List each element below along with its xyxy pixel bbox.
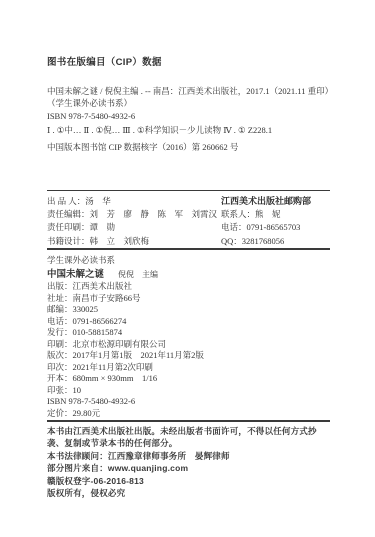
editors-label: 责任编辑： (47, 209, 90, 219)
producer-row: 出 品 人：汤 华 (47, 195, 221, 208)
cip-record-number-line: 中国版本图书馆 CIP 数据核字（2016）第 260662 号 (47, 141, 330, 153)
producer-label: 出 品 人： (47, 196, 85, 206)
designers-label: 书籍设计： (47, 236, 90, 246)
isbn-row: ISBN 978-7-5480-4932-6 (47, 396, 330, 408)
sheets-row: 印张：10 (47, 385, 330, 397)
cip-title-line: 中国未解之谜 / 倪倪主编 . -- 南昌：江西美术出版社，2017.1（202… (47, 85, 330, 97)
cip-series-line: （学生课外必读书系） (47, 97, 330, 109)
divider-rule-bottom (47, 420, 330, 422)
legal-notice-block: 本书由江西美术出版社出版。未经出版者书面许可，不得以任何方式抄袭、复制或节录本书… (47, 425, 330, 499)
contact-person-row: 联系人：熊 妮 (221, 208, 330, 221)
format-row: 开本：680mm × 930mm 1/16 (47, 373, 330, 385)
address-row: 社址：南昌市子安路66号 (47, 293, 330, 305)
image-credit-line: 部分图片来自：www.quanjing.com (47, 462, 330, 474)
editors-row: 责任编辑：刘 芳 廖 静 陈 军 刘霄汉 (47, 208, 221, 221)
staff-contact-block: 出 品 人：汤 华 责任编辑：刘 芳 廖 静 陈 军 刘霄汉 责任印刷：谭 勋 … (47, 195, 330, 248)
edition-row: 版次：2017年1月第1版 2021年11月第2版 (47, 350, 330, 362)
staff-column: 出 品 人：汤 华 责任编辑：刘 芳 廖 静 陈 军 刘霄汉 责任印刷：谭 勋 … (47, 195, 221, 248)
phone-row: 电话：0791-86566274 (47, 316, 330, 328)
book-copyright-page: 图书在版编目（CIP）数据 中国未解之谜 / 倪倪主编 . -- 南昌：江西美术… (0, 0, 375, 537)
postcode-row: 邮编：330025 (47, 304, 330, 316)
mail-order-dept-name: 江西美术出版社邮购部 (221, 195, 330, 208)
cip-data-block: 图书在版编目（CIP）数据 中国未解之谜 / 倪倪主编 . -- 南昌：江西美术… (47, 57, 330, 153)
series-name: 学生课外必读书系 (47, 254, 330, 266)
impression-row: 印次：2021年11月第2次印刷 (47, 362, 330, 374)
print-supervisor-label: 责任印刷： (47, 222, 90, 232)
publication-info-block: 学生课外必读书系 中国未解之谜倪倪 主编 出版：江西美术出版社 社址：南昌市子安… (47, 254, 330, 419)
copyright-permission-notice: 本书由江西美术出版社出版。未经出版者书面许可，不得以任何方式抄袭、复制或节录本书… (47, 425, 330, 450)
dept-phone-row: 电话：0791-86565703 (221, 221, 330, 234)
registration-number-line: 赣版权登字-06-2016-813 (47, 475, 330, 487)
divider-rule-middle (47, 248, 330, 250)
publisher-row: 出版：江西美术出版社 (47, 281, 330, 293)
cip-heading: 图书在版编目（CIP）数据 (47, 57, 330, 69)
cip-classification-line: Ⅰ . ①中… Ⅱ . ①倪… Ⅲ . ①科学知识－少儿读物 Ⅳ . ① Z22… (47, 124, 330, 136)
all-rights-reserved-line: 版权所有，侵权必究 (47, 487, 330, 499)
print-supervisor-row: 责任印刷：谭 勋 (47, 221, 221, 234)
print-supervisor-name: 谭 勋 (90, 222, 116, 232)
printer-row: 印刷：北京市松源印刷有限公司 (47, 339, 330, 351)
book-title-row: 中国未解之谜倪倪 主编 (47, 266, 330, 281)
book-title: 中国未解之谜 (47, 269, 104, 280)
book-editor: 倪倪 主编 (118, 270, 158, 279)
divider-rule-top (47, 190, 330, 191)
mail-order-column: 江西美术出版社邮购部 联系人：熊 妮 电话：0791-86565703 QQ：3… (221, 195, 330, 248)
producer-name: 汤 华 (85, 196, 111, 206)
editors-names: 刘 芳 廖 静 陈 军 刘霄汉 (90, 209, 218, 219)
cip-isbn-line: ISBN 978-7-5480-4932-6 (47, 110, 330, 122)
distribution-row: 发行：010-58815874 (47, 327, 330, 339)
designers-names: 韩 立 刘欣梅 (90, 236, 150, 246)
designers-row: 书籍设计：韩 立 刘欣梅 (47, 235, 221, 248)
price-row: 定价：29.80元 (47, 408, 330, 420)
dept-qq-row: QQ：3281768056 (221, 235, 330, 248)
legal-counsel-line: 本书法律顾问：江西豫章律师事务所 晏辉律师 (47, 450, 330, 462)
